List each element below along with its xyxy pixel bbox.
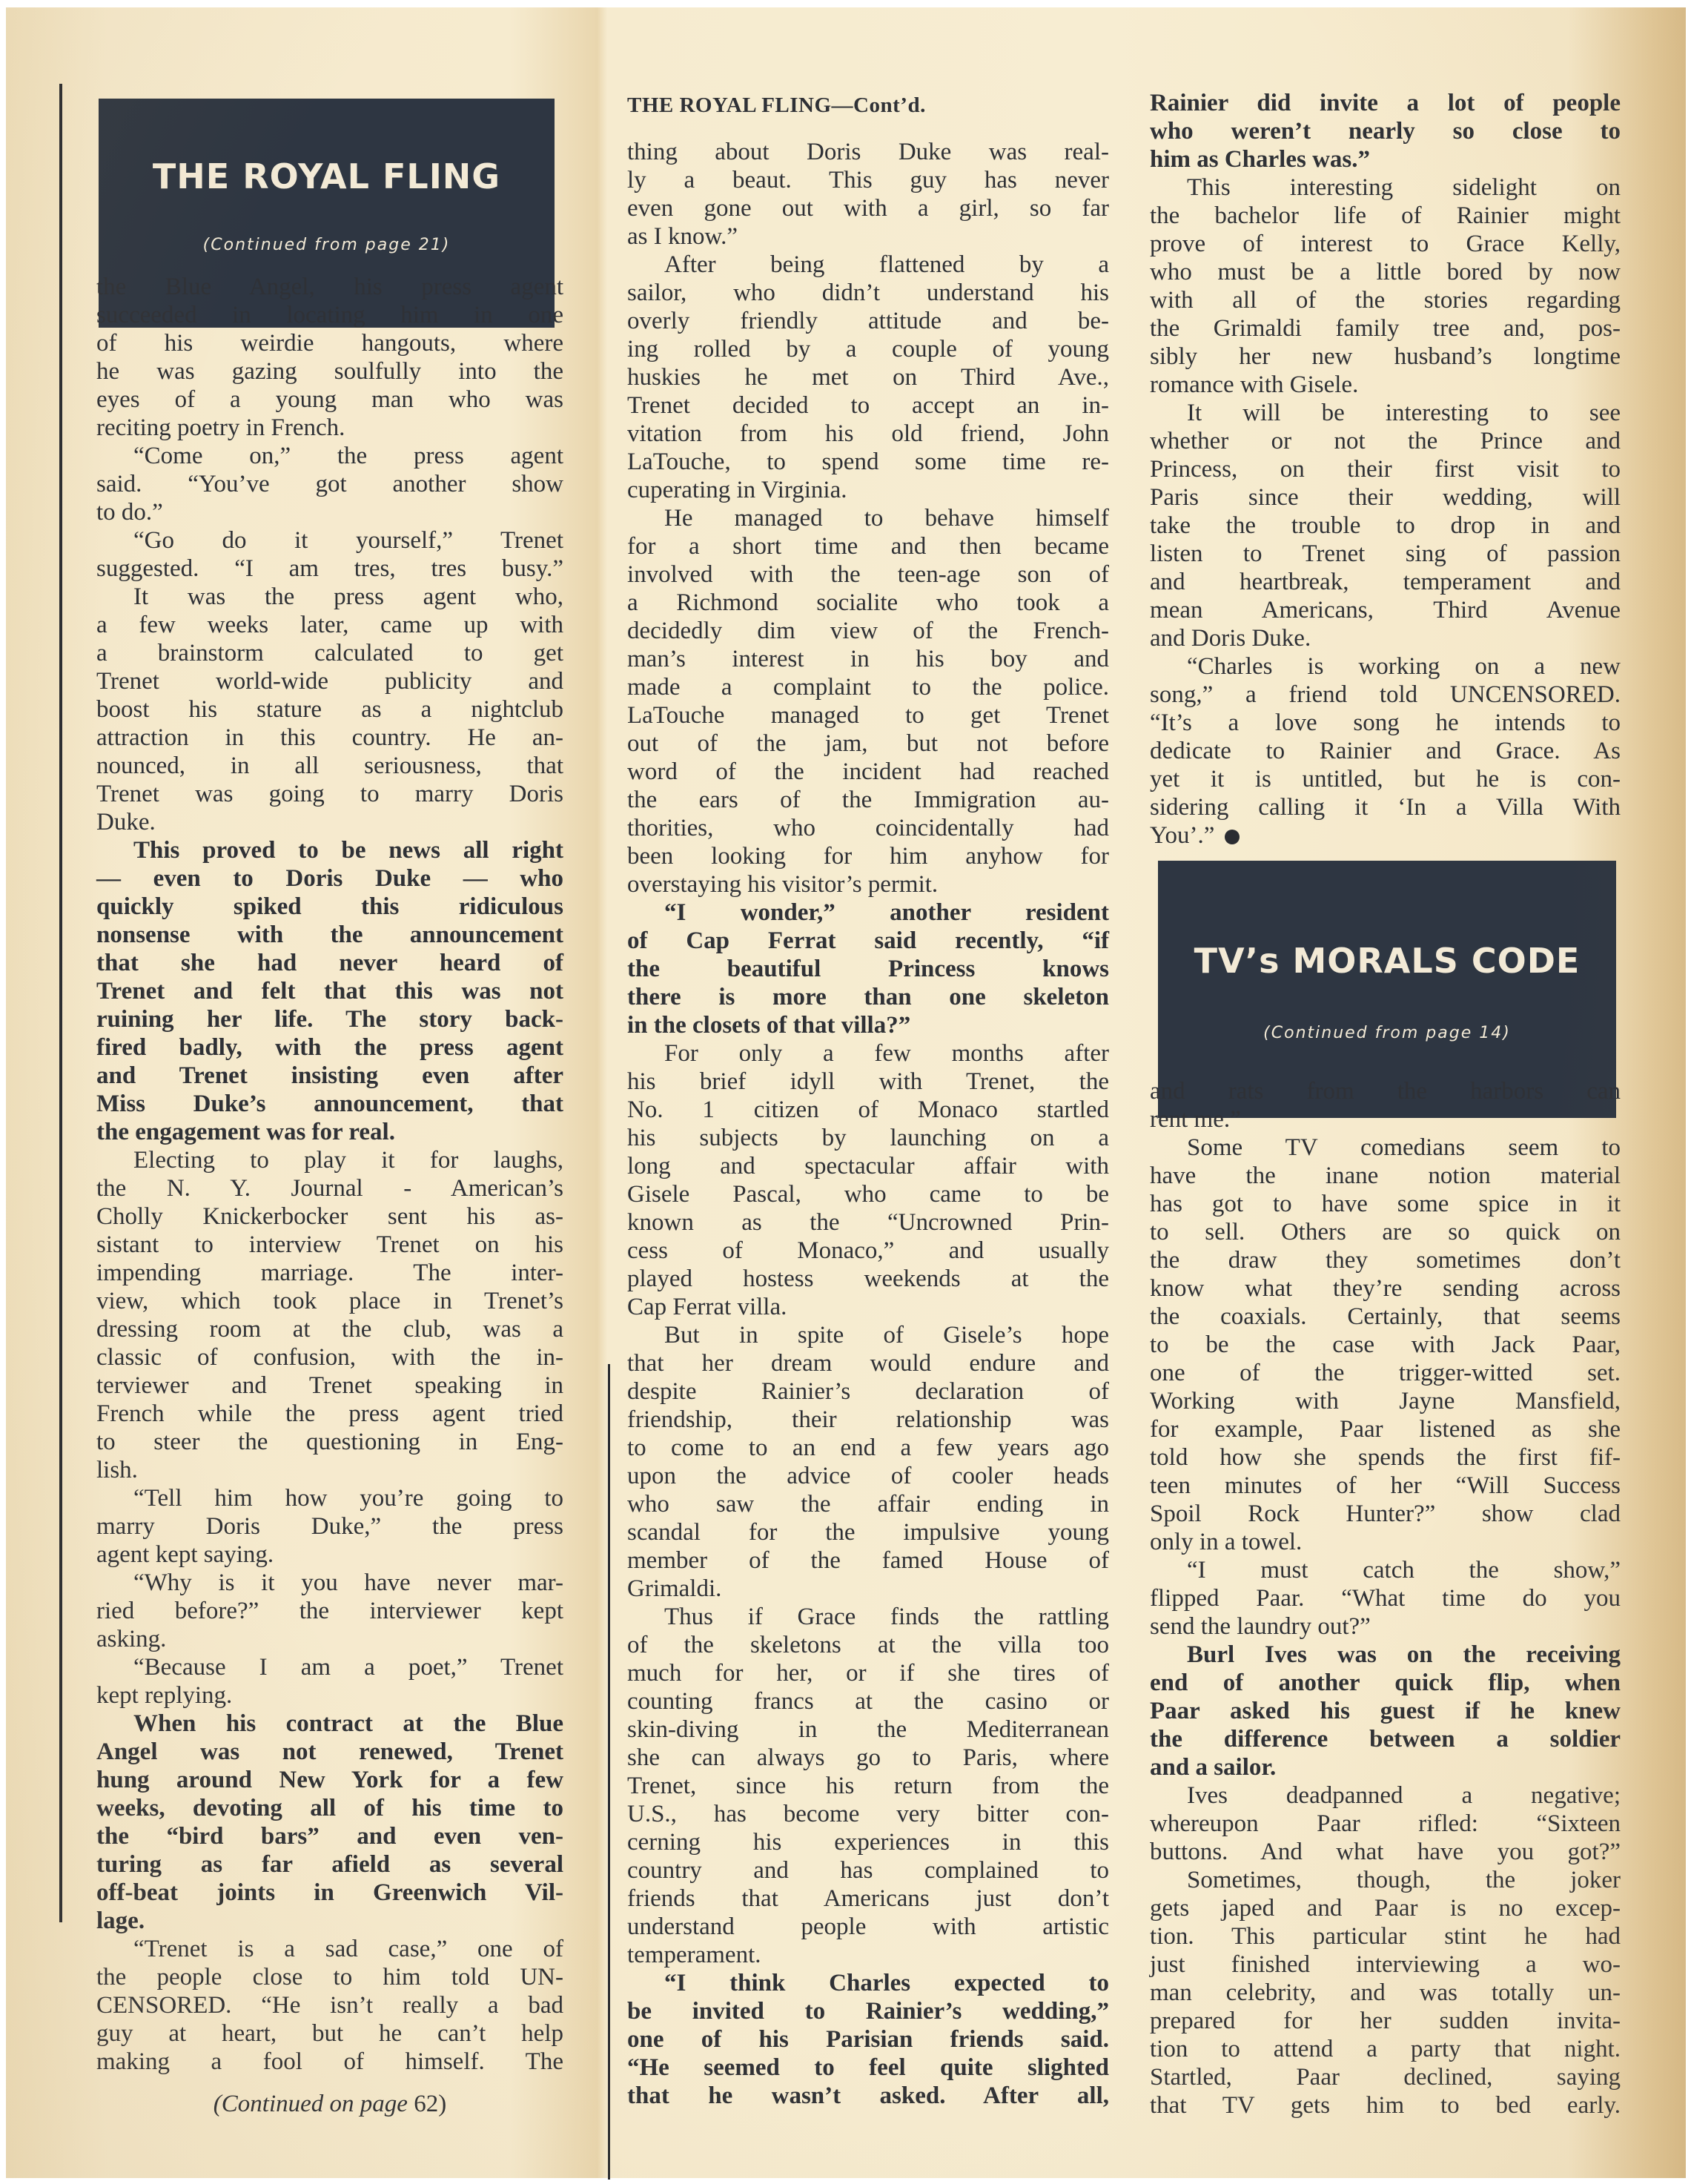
text-line: Cholly Knickerbocker sent his as- (96, 1202, 563, 1231)
text-line: reciting poetry in French. (96, 414, 563, 442)
text-line: “Why is it you have never mar- (96, 1569, 563, 1597)
text-line: just finished interviewing a wo- (1150, 1950, 1621, 1979)
text-line: buttons. And what have you got?” (1150, 1838, 1621, 1866)
text-line: end of another quick flip, when (1150, 1669, 1621, 1697)
text-line: Paris since their wedding, will (1150, 483, 1621, 512)
text-line: thorities, who coincidentally had (627, 814, 1109, 842)
text-line: U.S., has become very bitter con- (627, 1800, 1109, 1828)
text-line: impending marriage. The inter- (96, 1259, 563, 1287)
text-line: to do.” (96, 498, 563, 526)
text-line: This proved to be news all right (96, 836, 563, 864)
text-line: he was gazing soulfully into the (96, 357, 563, 385)
text-line: as I know.” (627, 222, 1109, 251)
text-line: sidering calling it ‘In a Villa With (1150, 793, 1621, 821)
text-line: yet it is untitled, but he is con- (1150, 765, 1621, 793)
continued-on-close: ) (438, 2091, 446, 2117)
text-line: that TV gets him to bed early. (1150, 2091, 1621, 2120)
text-line: turing as far afield as several (96, 1850, 563, 1879)
text-line: ried before?” the interviewer kept (96, 1597, 563, 1625)
text-line: to steer the questioning in Eng- (96, 1428, 563, 1456)
text-line: tion to attend a party that night. (1150, 2035, 1621, 2063)
text-line: Trenet was going to marry Doris (96, 780, 563, 808)
text-line: involved with the teen-age son of (627, 560, 1109, 589)
text-line: suggested. “I am tres, tres busy.” (96, 555, 563, 583)
text-line: him as Charles was.” (1150, 145, 1621, 173)
text-line: one of his Parisian friends said. (627, 2025, 1109, 2054)
text-line: the coaxials. Certainly, that seems (1150, 1303, 1621, 1331)
text-line: When his contract at the Blue (96, 1710, 563, 1738)
text-line: off-beat joints in Greenwich Vil- (96, 1879, 563, 1907)
text-line: mean Americans, Third Avenue (1150, 596, 1621, 624)
text-line: teen minutes of her “Will Success (1150, 1472, 1621, 1500)
text-line: No. 1 citizen of Monaco startled (627, 1096, 1109, 1124)
text-line: been looking for him anyhow for (627, 842, 1109, 870)
text-line: cerning his experiences in this (627, 1828, 1109, 1856)
text-line: overstaying his visitor’s permit. (627, 870, 1109, 899)
text-line: “Trenet is a sad case,” one of (96, 1935, 563, 1963)
text-line: dedicate to Rainier and Grace. As (1150, 737, 1621, 765)
text-line: Working with Jayne Mansfield, (1150, 1387, 1621, 1415)
text-line: the engagement was for real. (96, 1118, 563, 1146)
text-line: a few weeks later, came up with (96, 611, 563, 639)
continued-on-page: (Continued on page 62) (96, 2091, 563, 2118)
text-line: rent me.” (1150, 1105, 1621, 1134)
text-line: This interesting sidelight on (1150, 173, 1621, 202)
text-line: “I wonder,” another resident (627, 899, 1109, 927)
text-line: Trenet and felt that this was not (96, 977, 563, 1005)
text-line: take the trouble to drop in and (1150, 512, 1621, 540)
text-line: man’s interest in his boy and (627, 645, 1109, 673)
text-line: guy at heart, but he can’t help (96, 2019, 563, 2048)
text-line: who weren’t nearly so close to (1150, 117, 1621, 145)
text-line: the people close to him told UN- (96, 1963, 563, 1991)
text-line: Ives deadpanned a negative; (1150, 1781, 1621, 1810)
text-line: “Go do it yourself,” Trenet (96, 526, 563, 555)
text-line: a Richmond socialite who took a (627, 589, 1109, 617)
text-line: member of the famed House of (627, 1546, 1109, 1575)
text-line: and heartbreak, temperament and (1150, 568, 1621, 596)
text-line: that her dream would endure and (627, 1349, 1109, 1377)
text-line: Spoil Rock Hunter?” show clad (1150, 1500, 1621, 1528)
text-line: vitation from his old friend, John (627, 420, 1109, 448)
text-line: “I think Charles expected to (627, 1969, 1109, 1997)
text-line: For only a few months after (627, 1039, 1109, 1068)
text-line: hung around New York for a few (96, 1766, 563, 1794)
text-line: Some TV comedians seem to (1150, 1134, 1621, 1162)
text-line: and Doris Duke. (1150, 624, 1621, 652)
text-line: the difference between a soldier (1150, 1725, 1621, 1753)
text-line: and Trenet insisting even after (96, 1062, 563, 1090)
text-line: decidedly dim view of the French- (627, 617, 1109, 645)
text-line: Miss Duke’s announcement, that (96, 1090, 563, 1118)
text-line: Trenet world-wide publicity and (96, 667, 563, 695)
text-line: cuperating in Virginia. (627, 476, 1109, 504)
text-line: a brainstorm calculated to get (96, 639, 563, 667)
text-line: attraction in this country. He an- (96, 724, 563, 752)
text-line: Trenet decided to accept an in- (627, 391, 1109, 420)
text-line: his brief idyll with Trenet, the (627, 1068, 1109, 1096)
text-line: song,” a friend told UNCENSORED. (1150, 681, 1621, 709)
text-line: there is more than one skeleton (627, 983, 1109, 1011)
text-line: Thus if Grace finds the rattling (627, 1603, 1109, 1631)
text-line: Electing to play it for laughs, (96, 1146, 563, 1174)
text-line: classic of confusion, with the in- (96, 1343, 563, 1371)
text-line: understand people with artistic (627, 1913, 1109, 1941)
text-line: word of the incident had reached (627, 758, 1109, 786)
text-line: agent kept saying. (96, 1541, 563, 1569)
text-line: weeks, devoting all of his time to (96, 1794, 563, 1822)
text-line: temperament. (627, 1941, 1109, 1969)
text-line: marry Doris Duke,” the press (96, 1512, 563, 1541)
text-line: ly a beaut. This guy has never (627, 166, 1109, 194)
text-line: with all of the stories regarding (1150, 286, 1621, 314)
text-line: said. “You’ve got another show (96, 470, 563, 498)
text-line: Rainier did invite a lot of people (1150, 89, 1621, 117)
text-line: Paar asked his guest if he knew (1150, 1697, 1621, 1725)
text-line: lish. (96, 1456, 563, 1484)
text-line: nounced, in all seriousness, that (96, 752, 563, 780)
text-line: Trenet, since his return from the (627, 1772, 1109, 1800)
text-line: kept replying. (96, 1681, 563, 1710)
text-line: for a short time and then became (627, 532, 1109, 560)
text-line: have the inane notion material (1150, 1162, 1621, 1190)
royal-fling-continued-from: (Continued from page 21) (99, 236, 555, 254)
text-line: ruining her life. The story back- (96, 1005, 563, 1033)
text-line: Grimaldi. (627, 1575, 1109, 1603)
text-line: boost his stature as a nightclub (96, 695, 563, 724)
text-line: After being flattened by a (627, 251, 1109, 279)
text-line: It was the press agent who, (96, 583, 563, 611)
text-line: scandal for the impulsive young (627, 1518, 1109, 1546)
text-line: gets japed and Paar is no excep- (1150, 1894, 1621, 1922)
text-line: lage. (96, 1907, 563, 1935)
royal-fling-title: THE ROYAL FLING (99, 156, 555, 196)
text-line: LaTouche, to spend some time re- (627, 448, 1109, 476)
text-line: man celebrity, and was totally un- (1150, 1979, 1621, 2007)
text-line: upon the advice of cooler heads (627, 1462, 1109, 1490)
text-line: tion. This particular stint he had (1150, 1922, 1621, 1950)
tv-morals-code-continued-from: (Continued from page 14) (1158, 1024, 1616, 1042)
text-line: “Because I am a poet,” Trenet (96, 1653, 563, 1681)
tv-morals-code-title: TV’s MORALS CODE (1158, 941, 1616, 981)
text-line: quickly spiked this ridiculous (96, 893, 563, 921)
text-line: “He seemed to feel quite slighted (627, 2054, 1109, 2082)
left-column-rule (59, 84, 62, 1922)
text-line: in the closets of that villa?” (627, 1011, 1109, 1039)
text-line: to sell. Others are so quick on (1150, 1218, 1621, 1246)
middle-column-rule (608, 1364, 610, 2180)
text-line: It will be interesting to see (1150, 399, 1621, 427)
text-line: view, which took place in Trenet’s (96, 1287, 563, 1315)
text-line: known as the “Uncrowned Prin- (627, 1208, 1109, 1237)
text-line: despite Rainier’s declaration of (627, 1377, 1109, 1406)
text-line: huskies he met on Third Ave., (627, 363, 1109, 391)
text-line: send the laundry out?” (1150, 1612, 1621, 1641)
royal-fling-continued-header: THE ROYAL FLING—Cont’d. (627, 93, 926, 118)
text-line: thing about Doris Duke was real- (627, 138, 1109, 166)
text-line: Startled, Paar declined, saying (1150, 2063, 1621, 2091)
text-line: He managed to behave himself (627, 504, 1109, 532)
text-line: whereupon Paar rifled: “Sixteen (1150, 1810, 1621, 1838)
text-line: asking. (96, 1625, 563, 1653)
text-line: “I must catch the show,” (1150, 1556, 1621, 1584)
text-line: making a fool of himself. The (96, 2048, 563, 2076)
text-line: listen to Trenet sing of passion (1150, 540, 1621, 568)
text-line: ing rolled by a couple of young (627, 335, 1109, 363)
text-line: for example, Paar listened as she (1150, 1415, 1621, 1443)
middle-column-text: thing about Doris Duke was real-ly a bea… (627, 138, 1109, 2110)
text-line: the ears of the Immigration au- (627, 786, 1109, 814)
text-line: and a sailor. (1150, 1753, 1621, 1781)
text-line: one of the trigger-witted set. (1150, 1359, 1621, 1387)
text-line: succeeded in locating him in one (96, 301, 563, 329)
text-line: overly friendly attitude and be- (627, 307, 1109, 335)
text-line: and rats from the harbors can (1150, 1077, 1621, 1105)
text-line: told how she spends the first fif- (1150, 1443, 1621, 1472)
text-line: whether or not the Prince and (1150, 427, 1621, 455)
text-line: that she had never heard of (96, 949, 563, 977)
text-line: the Blue Angel, his press agent (96, 273, 563, 301)
text-line: the N. Y. Journal - American’s (96, 1174, 563, 1202)
text-line: the beautiful Princess knows (627, 955, 1109, 983)
text-line: friends that Americans just don’t (627, 1884, 1109, 1913)
text-line: Duke. (96, 808, 563, 836)
text-line: “Tell him how you’re going to (96, 1484, 563, 1512)
text-line: his subjects by launching on a (627, 1124, 1109, 1152)
text-line: know what they’re sending across (1150, 1274, 1621, 1303)
text-line: only in a towel. (1150, 1528, 1621, 1556)
text-line: the bachelor life of Rainier might (1150, 202, 1621, 230)
text-line: even gone out with a girl, so far (627, 194, 1109, 222)
text-line: friendship, their relationship was (627, 1406, 1109, 1434)
text-line: made a complaint to the police. (627, 673, 1109, 701)
text-line: eyes of a young man who was (96, 385, 563, 414)
text-line: dressing room at the club, was a (96, 1315, 563, 1343)
left-column-text: the Blue Angel, his press agentsucceeded… (96, 273, 563, 2076)
text-line: You’.” (1150, 821, 1621, 850)
text-line: CENSORED. “He isn’t really a bad (96, 1991, 563, 2019)
text-line: — even to Doris Duke — who (96, 864, 563, 893)
text-line: to come to an end a few years ago (627, 1434, 1109, 1462)
text-line: “Come on,” the press agent (96, 442, 563, 470)
text-line: sibly her new husband’s longtime (1150, 343, 1621, 371)
text-line: prepared for her sudden invita- (1150, 2007, 1621, 2035)
text-line: the Grimaldi family tree and, pos- (1150, 314, 1621, 343)
text-line: who must be a little bored by now (1150, 258, 1621, 286)
text-line: of the skeletons at the villa too (627, 1631, 1109, 1659)
text-line: that he wasn’t asked. After all, (627, 2082, 1109, 2110)
right-column-top-text: Rainier did invite a lot of peoplewho we… (1150, 89, 1621, 850)
text-line: has got to have some spice in it (1150, 1190, 1621, 1218)
text-line: be invited to Rainier’s wedding,” (627, 1997, 1109, 2025)
text-line: she can always go to Paris, where (627, 1744, 1109, 1772)
text-line: sistant to interview Trenet on his (96, 1231, 563, 1259)
text-line: flipped Paar. “What time do you (1150, 1584, 1621, 1612)
text-line: of Cap Ferrat said recently, “if (627, 927, 1109, 955)
text-line: Burl Ives was on the receiving (1150, 1641, 1621, 1669)
right-column-bottom-text: and rats from the harbors canrent me.”So… (1150, 1077, 1621, 2120)
end-of-article-bullet-icon (1225, 830, 1240, 844)
text-line: Cap Ferrat villa. (627, 1293, 1109, 1321)
text-line: to be the case with Jack Paar, (1150, 1331, 1621, 1359)
text-line: Gisele Pascal, who came to be (627, 1180, 1109, 1208)
text-line: French while the press agent tried (96, 1400, 563, 1428)
text-line: much for her, or if she tires of (627, 1659, 1109, 1687)
text-line: prove of interest to Grace Kelly, (1150, 230, 1621, 258)
text-line: fired badly, with the press agent (96, 1033, 563, 1062)
text-line: country and has complained to (627, 1856, 1109, 1884)
text-line: played hostess weekends at the (627, 1265, 1109, 1293)
text-line: nonsense with the announcement (96, 921, 563, 949)
text-line: Sometimes, though, the joker (1150, 1866, 1621, 1894)
text-line: sailor, who didn’t understand his (627, 279, 1109, 307)
text-line: romance with Gisele. (1150, 371, 1621, 399)
text-line: Princess, on their first visit to (1150, 455, 1621, 483)
text-line: who saw the affair ending in (627, 1490, 1109, 1518)
text-line: the draw they sometimes don’t (1150, 1246, 1621, 1274)
text-line: long and spectacular affair with (627, 1152, 1109, 1180)
text-line: LaTouche managed to get Trenet (627, 701, 1109, 729)
text-line: Angel was not renewed, Trenet (96, 1738, 563, 1766)
magazine-page: THE ROYAL FLING (Continued from page 21)… (6, 7, 1686, 2178)
text-line: terviewer and Trenet speaking in (96, 1371, 563, 1400)
text-line: “It’s a love song he intends to (1150, 709, 1621, 737)
text-line: of his weirdie hangouts, where (96, 329, 563, 357)
text-line: the “bird bars” and even ven- (96, 1822, 563, 1850)
continued-on-page-number: 62 (414, 2091, 438, 2117)
text-line: skin-diving in the Mediterranean (627, 1715, 1109, 1744)
text-line: But in spite of Gisele’s hope (627, 1321, 1109, 1349)
continued-on-label: (Continued on page (214, 2091, 408, 2117)
text-line: out of the jam, but not before (627, 729, 1109, 758)
text-line: counting francs at the casino or (627, 1687, 1109, 1715)
text-line: “Charles is working on a new (1150, 652, 1621, 681)
text-line: cess of Monaco,” and usually (627, 1237, 1109, 1265)
